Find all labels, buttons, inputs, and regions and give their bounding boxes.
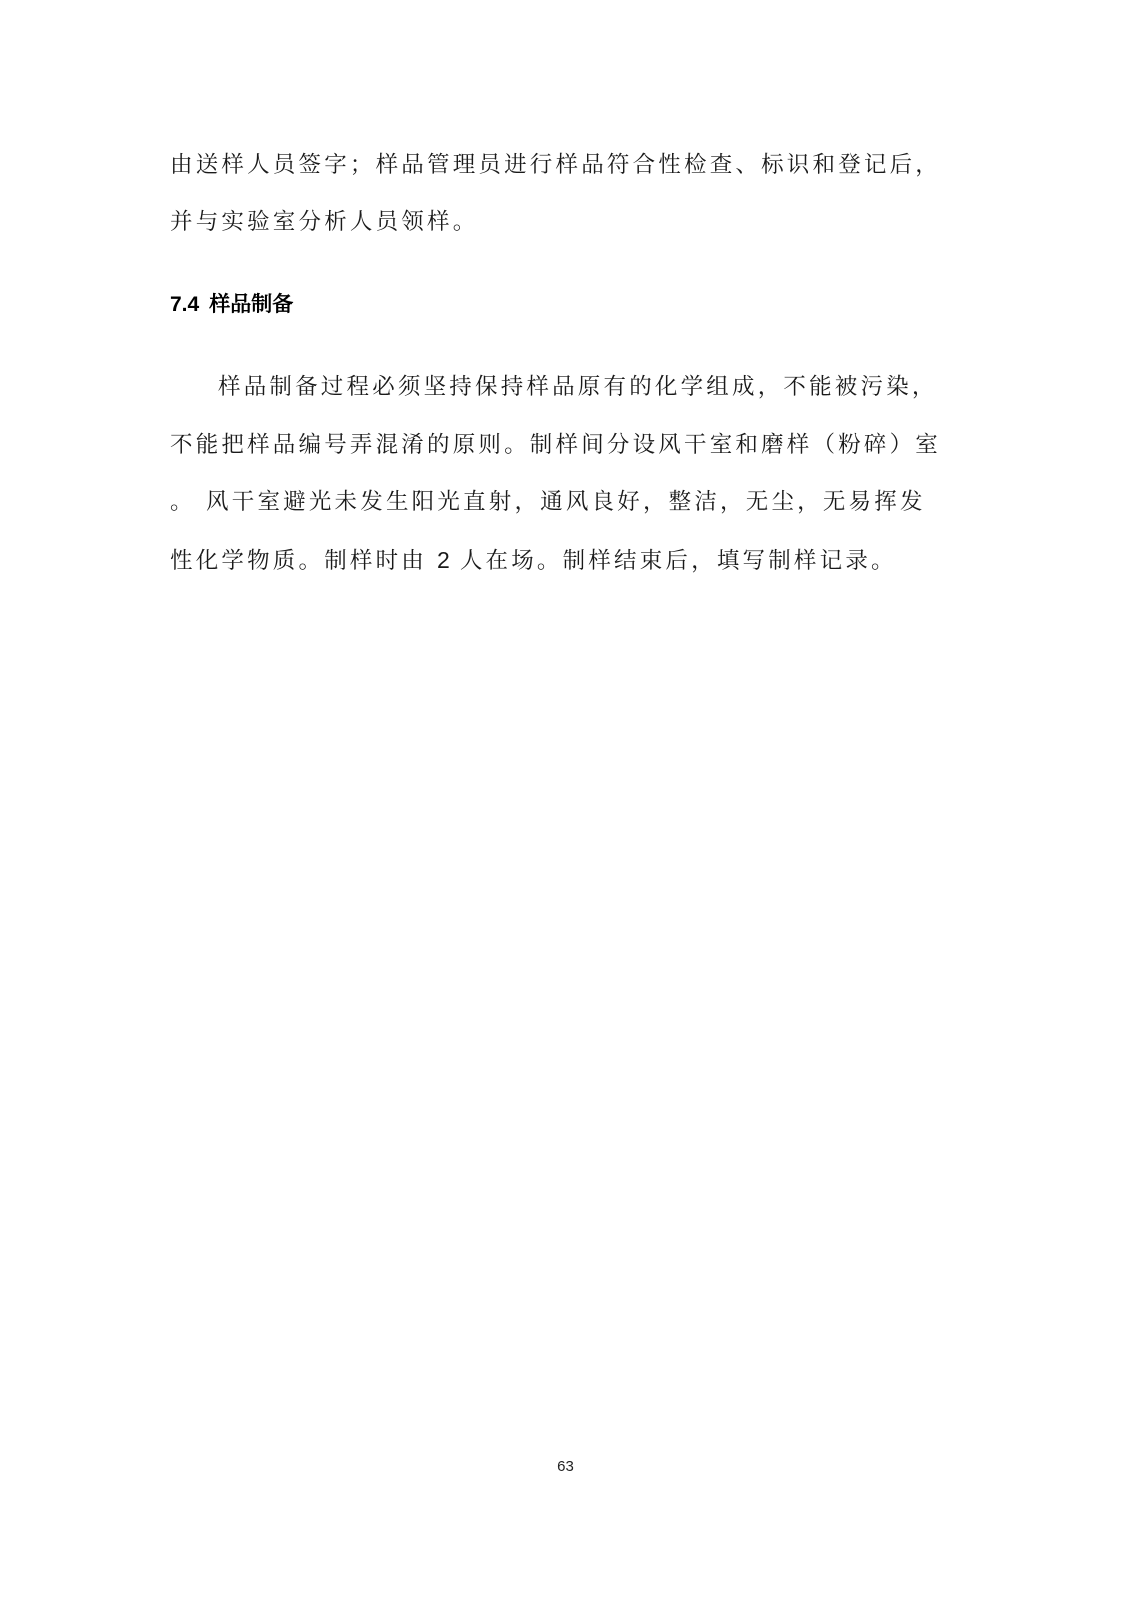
line-text: 性化学物质。制样时由 <box>170 548 427 574</box>
paragraph-line: 不能把样品编号弄混淆的原则。制样间分设风干室和磨样（粉碎）室 <box>170 430 960 460</box>
page-number: 63 <box>0 1458 1131 1475</box>
person-count: 2 <box>437 547 450 573</box>
paragraph-line: 并与实验室分析人员领样。 <box>170 207 960 237</box>
section-heading: 7.4样品制备 <box>170 290 293 320</box>
paragraph-line: 样品制备过程必须坚持保持样品原有的化学组成，不能被污染， <box>218 372 1008 402</box>
document-page: 由送样人员签字；样品管理员进行样品符合性检查、标识和登记后， 并与实验室分析人员… <box>0 0 1131 1600</box>
paragraph-line: 。 风干室避光未发生阳光直射，通风良好，整洁，无尘，无易挥发 <box>170 487 960 517</box>
line-text: 人在场。制样结束后，填写制样记录。 <box>460 548 897 574</box>
section-title: 样品制备 <box>209 293 293 316</box>
paragraph-line: 由送样人员签字；样品管理员进行样品符合性检查、标识和登记后， <box>170 150 960 180</box>
paragraph-line-last: 性化学物质。制样时由2人在场。制样结束后，填写制样记录。 <box>170 545 960 576</box>
section-number: 7.4 <box>170 293 199 316</box>
